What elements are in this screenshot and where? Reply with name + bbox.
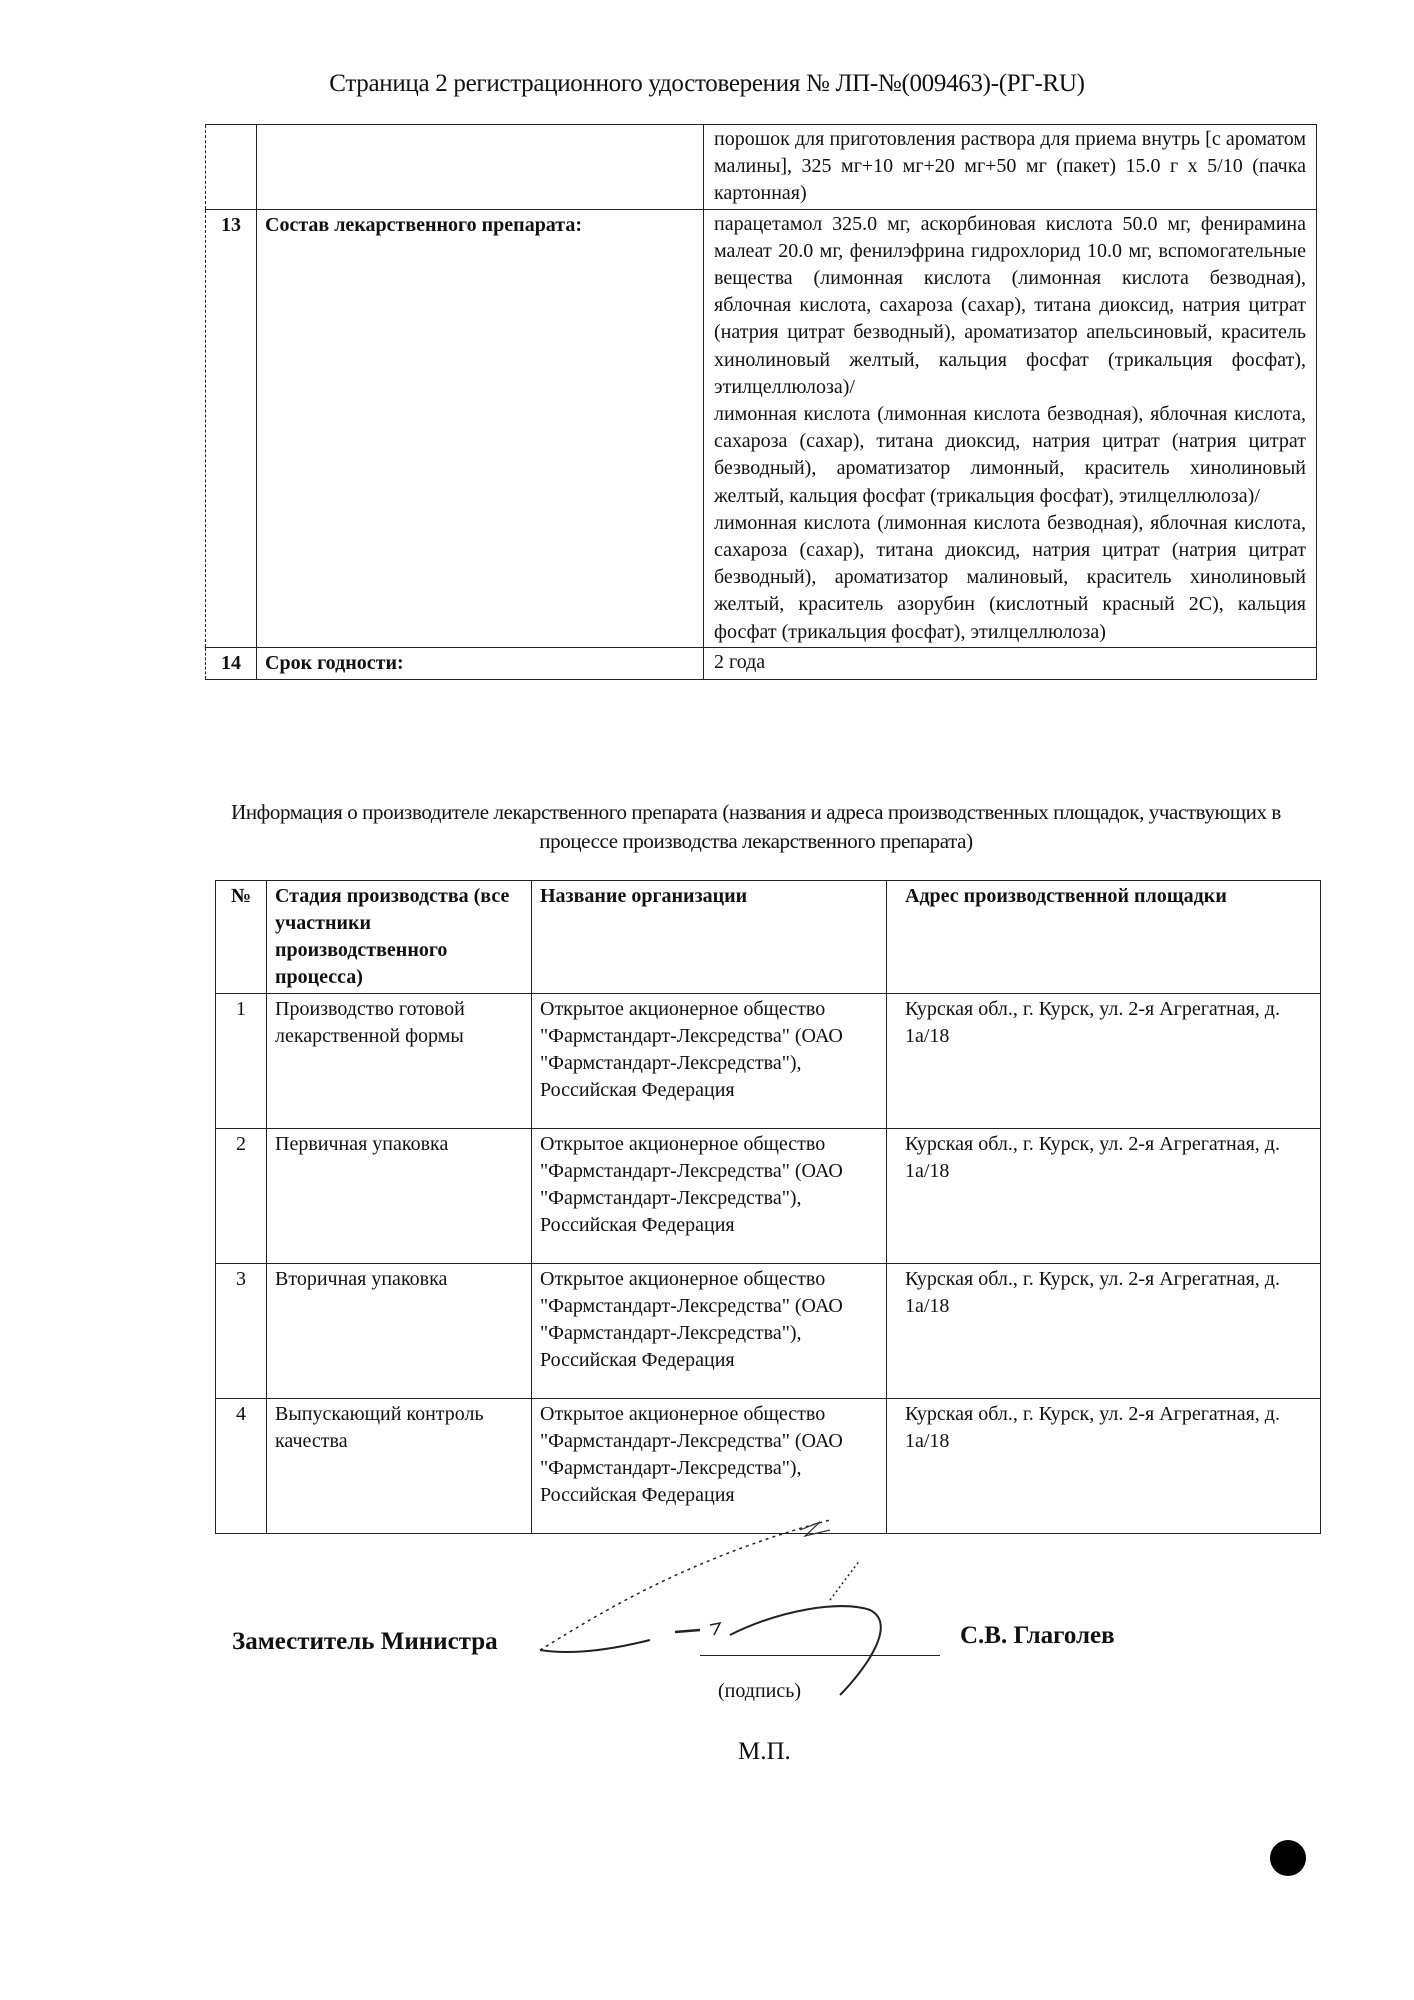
row-label: Состав лекарственного препарата: [257, 209, 704, 647]
composition-table: порошок для приготовления раствора для п… [205, 124, 1317, 680]
cell-organization: Открытое акционерное общество "Фармстанд… [532, 1264, 887, 1399]
cell-stage: Выпускающий контроль качества [267, 1399, 532, 1534]
row-number: 13 [206, 209, 257, 647]
row-value: порошок для приготовления раствора для п… [704, 125, 1317, 210]
column-header-number: № [216, 881, 267, 994]
manufacturer-info-heading: Информация о производителе лекарственног… [200, 798, 1312, 856]
composition-variant-orange: парацетамол 325.0 мг, аскорбиновая кисло… [714, 211, 1306, 401]
cell-address: Курская обл., г. Курск, ул. 2-я Агрегатн… [887, 994, 1321, 1129]
signer-position: Заместитель Министра [232, 1628, 498, 1656]
cell-stage: Производство готовой лекарственной формы [267, 994, 532, 1129]
cell-number: 2 [216, 1129, 267, 1264]
cell-number: 3 [216, 1264, 267, 1399]
composition-value: парацетамол 325.0 мг, аскорбиновая кисло… [704, 209, 1317, 647]
cell-stage: Вторичная упаковка [267, 1264, 532, 1399]
signature-caption: (подпись) [718, 1680, 801, 1703]
table-row: 2 Первичная упаковка Открытое акционерно… [216, 1129, 1321, 1264]
table-row-composition: 13 Состав лекарственного препарата: пара… [206, 209, 1317, 647]
stamp-mark: М.П. [738, 1738, 791, 1766]
cell-organization: Открытое акционерное общество "Фармстанд… [532, 994, 887, 1129]
scan-mark-dot-icon [1270, 1840, 1306, 1876]
signature-line [700, 1655, 940, 1656]
composition-variant-raspberry: лимонная кислота (лимонная кислота безво… [714, 510, 1306, 646]
composition-variant-lemon: лимонная кислота (лимонная кислота безво… [714, 401, 1306, 510]
manufacturer-table: № Стадия производства (все участники про… [215, 880, 1321, 1534]
cell-number: 1 [216, 994, 267, 1129]
table-header-row: № Стадия производства (все участники про… [216, 881, 1321, 994]
table-row: 3 Вторичная упаковка Открытое акционерно… [216, 1264, 1321, 1399]
row-number: 14 [206, 647, 257, 679]
cell-address: Курская обл., г. Курск, ул. 2-я Агрегатн… [887, 1264, 1321, 1399]
column-header-stage: Стадия производства (все участники произ… [267, 881, 532, 994]
handwritten-signature-icon [500, 1500, 1060, 1700]
table-row: 1 Производство готовой лекарственной фор… [216, 994, 1321, 1129]
page-header: Страница 2 регистрационного удостоверени… [0, 70, 1414, 98]
column-header-organization: Название организации [532, 881, 887, 994]
signer-name: С.В. Глаголев [960, 1622, 1115, 1650]
table-row-continuation: порошок для приготовления раствора для п… [206, 125, 1317, 210]
cell-stage: Первичная упаковка [267, 1129, 532, 1264]
column-header-address: Адрес производственной площадки [887, 881, 1321, 994]
row-number [206, 125, 257, 210]
shelf-life-value: 2 года [704, 647, 1317, 679]
cell-organization: Открытое акционерное общество "Фармстанд… [532, 1129, 887, 1264]
row-label [257, 125, 704, 210]
cell-address: Курская обл., г. Курск, ул. 2-я Агрегатн… [887, 1129, 1321, 1264]
table-row-shelf-life: 14 Срок годности: 2 года [206, 647, 1317, 679]
row-label: Срок годности: [257, 647, 704, 679]
cell-number: 4 [216, 1399, 267, 1534]
